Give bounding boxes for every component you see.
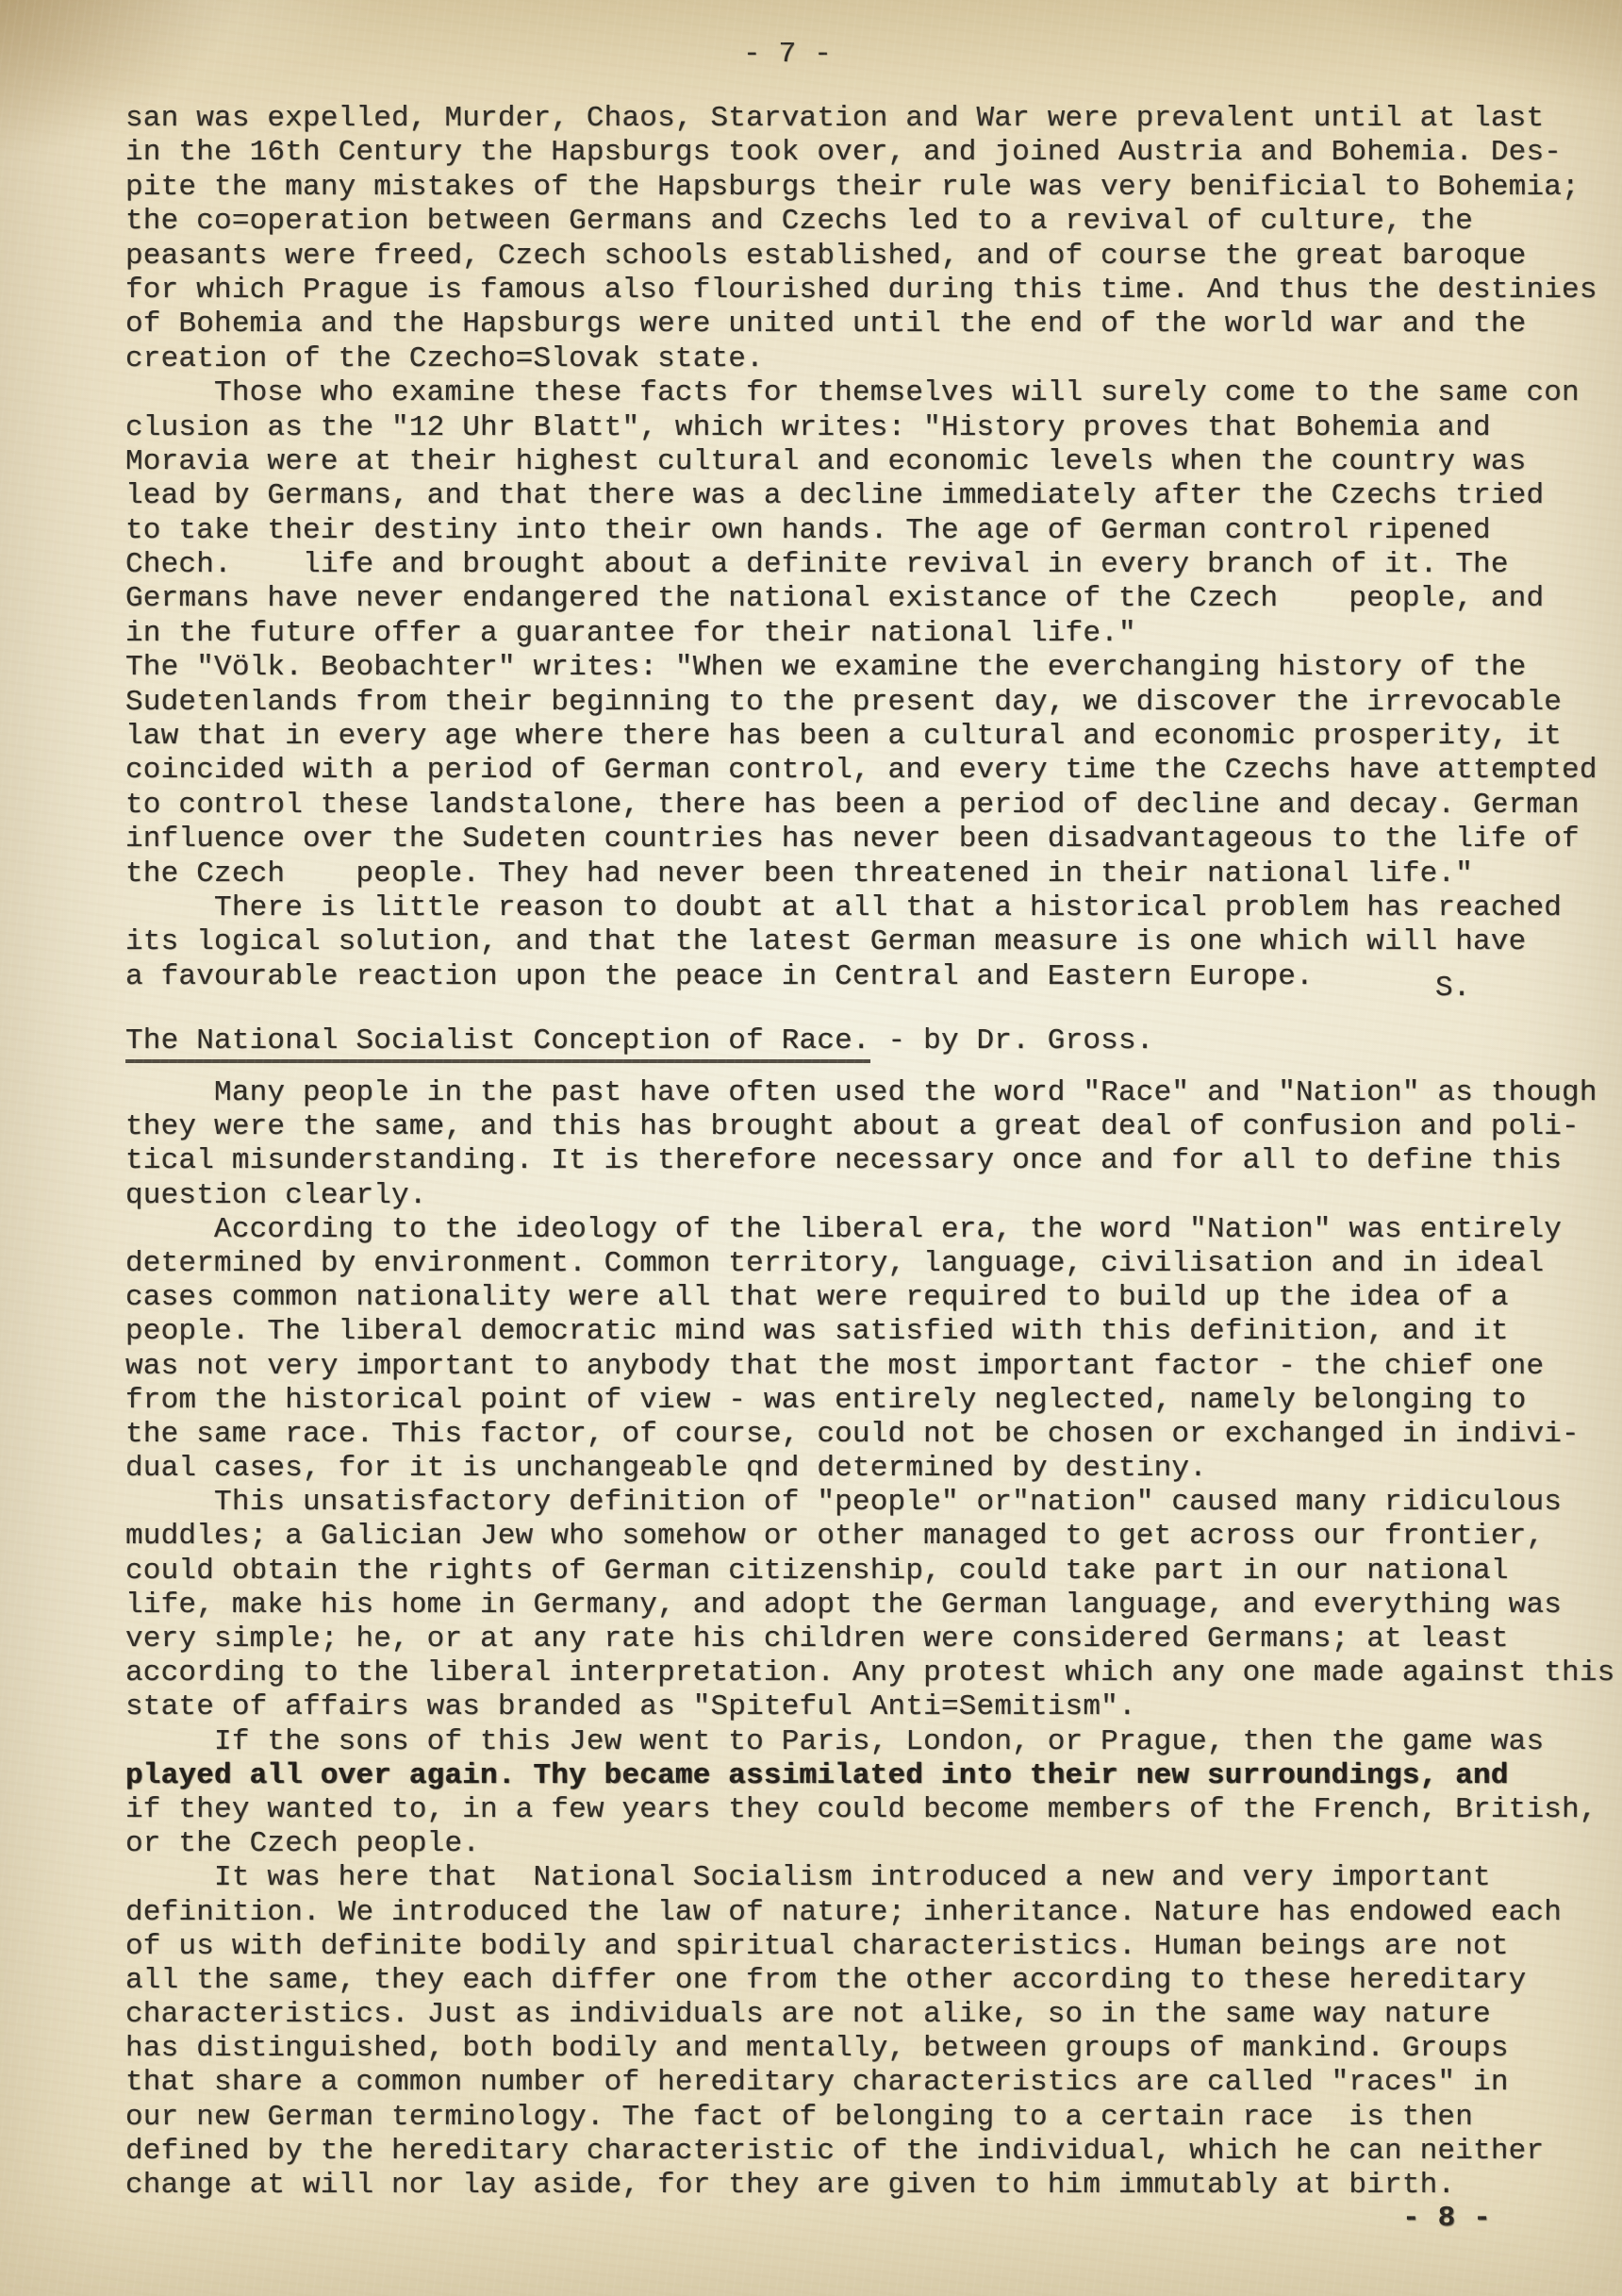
text-line: in the 16th Century the Hapsburgs took o… [125,136,1597,170]
text-line: coincided with a period of German contro… [125,754,1597,788]
text-line: The "Völk. Beobachter" writes: "When we … [125,651,1597,685]
text-line: of us with definite bodily and spiritual… [125,1930,1614,1964]
text-line: the co=operation between Germans and Cze… [125,205,1597,239]
scanned-typewritten-page: - 7 - san was expelled, Murder, Chaos, S… [0,0,1622,2296]
text-line: dual cases, for it is unchangeable qnd d… [125,1452,1614,1486]
text-line: was not very important to anybody that t… [125,1350,1614,1384]
text-line: Germans have never endangered the nation… [125,582,1597,616]
text-line: has distinguished, both bodily and menta… [125,2032,1614,2066]
text-line: all the same, they each differ one from … [125,1964,1614,1998]
signature-initial: S. [1435,972,1471,1006]
text-line: or the Czech people. [125,1827,1614,1861]
text-line: muddles; a Galician Jew who somehow or o… [125,1520,1614,1554]
text-line: defined by the hereditary characteristic… [125,2135,1614,2169]
text-line: the Czech people. They had never been th… [125,857,1597,891]
text-line: This unsatisfactory definition of "peopl… [125,1486,1614,1520]
text-line: the same race. This factor, of course, c… [125,1418,1614,1452]
text-line: determined by environment. Common territ… [125,1247,1614,1281]
page-number-top: - 7 - [743,38,832,71]
text-line: our new German terminology. The fact of … [125,2101,1614,2135]
text-line: could obtain the rights of German citize… [125,1555,1614,1589]
text-line: cases common nationality were all that w… [125,1281,1614,1315]
text-line: definition. We introduced the law of nat… [125,1896,1614,1930]
article-race-text: Many people in the past have often used … [125,1076,1614,2203]
text-line: a favourable reaction upon the peace in … [125,960,1597,994]
text-line: Chech. life and brought about a definite… [125,548,1597,582]
text-line: very simple; he, or at any rate his chil… [125,1622,1614,1656]
text-line: played all over again. Thy became assimi… [125,1759,1614,1793]
text-line: they were the same, and this has brought… [125,1110,1614,1144]
text-line: influence over the Sudeten countries has… [125,823,1597,857]
section-heading: The National Socialist Conception of Rac… [125,1024,1154,1063]
text-line: that share a common number of hereditary… [125,2066,1614,2100]
text-line: peasants were freed, Czech schools estab… [125,240,1597,274]
section-heading-title: The National Socialist Conception of Rac… [125,1024,870,1063]
text-line: to take their destiny into their own han… [125,514,1597,548]
text-line: law that in every age where there has be… [125,720,1597,754]
text-line: clusion as the "12 Uhr Blatt", which wri… [125,411,1597,445]
text-line: Moravia were at their highest cultural a… [125,445,1597,479]
text-line: of Bohemia and the Hapsburgs were united… [125,308,1597,341]
text-line: life, make his home in Germany, and adop… [125,1589,1614,1622]
text-line: It was here that National Socialism intr… [125,1861,1614,1895]
text-line: its logical solution, and that the lates… [125,925,1597,959]
text-line: from the historical point of view - was … [125,1384,1614,1418]
page-number-bottom: - 8 - [1402,2202,1491,2235]
text-line: people. The liberal democratic mind was … [125,1315,1614,1349]
text-line: for which Prague is famous also flourish… [125,274,1597,308]
text-line: according to the liberal interpretation.… [125,1656,1614,1690]
text-line: state of affairs was branded as "Spitefu… [125,1690,1614,1724]
text-line: According to the ideology of the liberal… [125,1213,1614,1247]
text-line: pite the many mistakes of the Hapsburgs … [125,171,1597,205]
text-line: Those who examine these facts for themse… [125,376,1597,410]
text-line: tical misunderstanding. It is therefore … [125,1144,1614,1178]
text-line: Sudetenlands from their beginning to the… [125,686,1597,720]
text-line: There is little reason to doubt at all t… [125,891,1597,925]
text-line: Many people in the past have often used … [125,1076,1614,1110]
text-line: characteristics. Just as individuals are… [125,1998,1614,2032]
article-bohemia-text: san was expelled, Murder, Chaos, Starvat… [125,102,1597,994]
text-line: san was expelled, Murder, Chaos, Starvat… [125,102,1597,136]
text-line: to control these landstalone, there has … [125,789,1597,823]
section-heading-byline: - by Dr. Gross. [870,1024,1154,1057]
text-line: in the future offer a guarantee for thei… [125,617,1597,651]
text-line: change at will nor lay aside, for they a… [125,2169,1614,2203]
text-line: If the sons of this Jew went to Paris, L… [125,1725,1614,1759]
text-line: lead by Germans, and that there was a de… [125,479,1597,513]
text-line: if they wanted to, in a few years they c… [125,1793,1614,1827]
text-line: question clearly. [125,1179,1614,1213]
text-line: creation of the Czecho=Slovak state. [125,342,1597,376]
